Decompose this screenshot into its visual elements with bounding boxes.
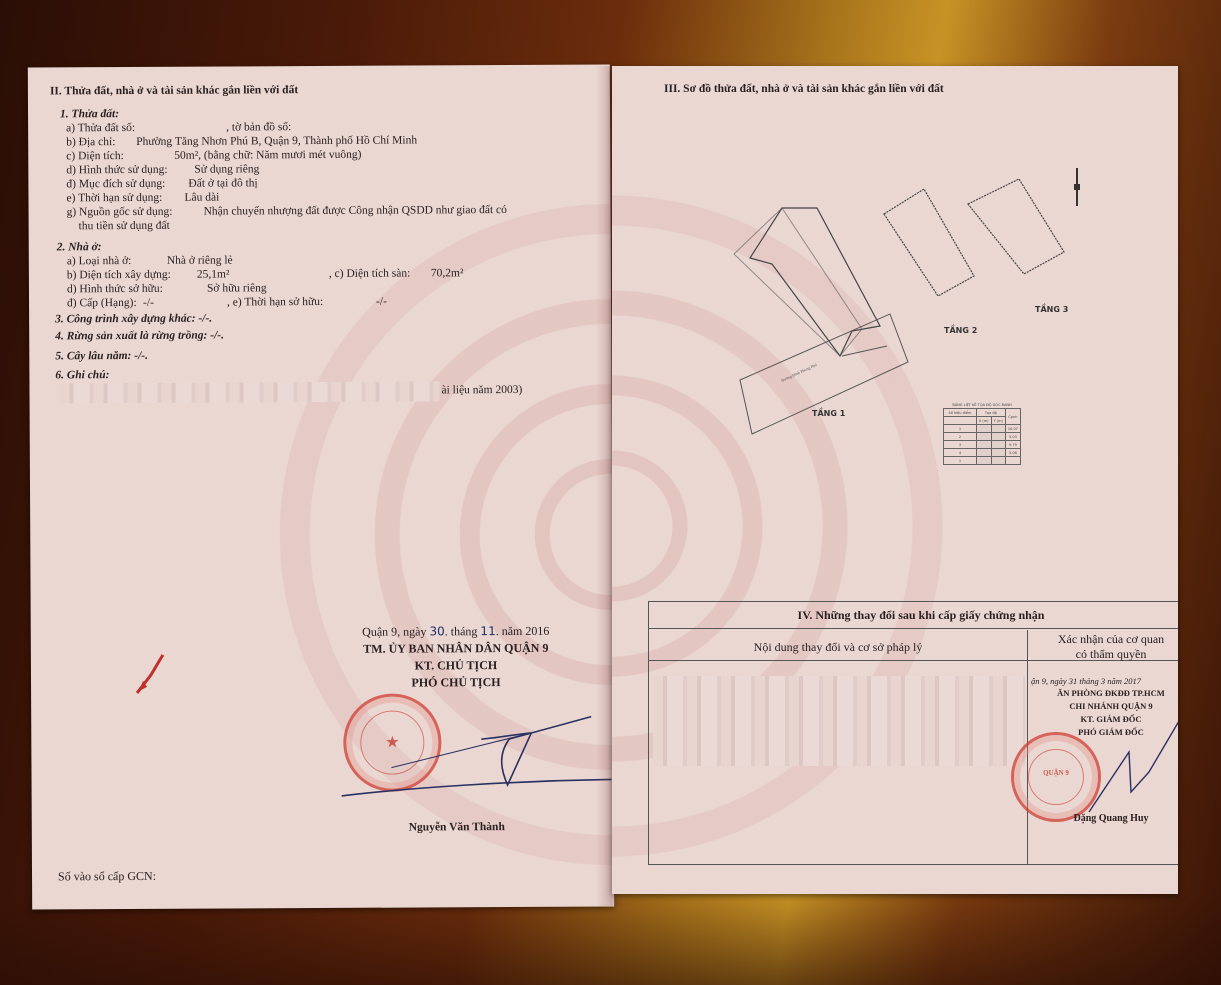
floor-2-label: TẦNG 2 bbox=[944, 326, 977, 335]
coord-table-row: 25.03 bbox=[944, 433, 1021, 441]
north-arrow-icon bbox=[1076, 168, 1078, 206]
changes-col-confirm-header-2: có thẩm quyền bbox=[1029, 647, 1178, 661]
handwritten-signature bbox=[331, 704, 614, 816]
gcn-register-label: Số vào sổ cấp GCN: bbox=[58, 869, 156, 884]
house-floor-area-label: , c) Diện tích sàn: bbox=[329, 267, 411, 282]
changes-col-content-header: Nội dung thay đổi và cơ sở pháp lý bbox=[649, 640, 1027, 654]
production-forest: 4. Rừng sản xuất là rừng trồng: -/-. bbox=[55, 329, 224, 344]
house-floor-area-value: 70,2m² bbox=[431, 266, 464, 280]
issuer-signature-block: Quận 9, ngày 30. tháng 11. năm 2016 TM. … bbox=[331, 623, 581, 692]
land-purpose-value: Đất ở tại đô thị bbox=[188, 176, 257, 191]
coord-header-edge: Cạnh bbox=[1005, 409, 1020, 425]
redacted-change-content bbox=[653, 676, 1025, 766]
land-area-label: c) Diện tích: bbox=[66, 149, 124, 164]
section-3-title: III. Sơ đồ thửa đất, nhà ở và tài sản kh… bbox=[664, 82, 944, 96]
issue-year: 2016 bbox=[525, 624, 549, 638]
floor-3-label: TẦNG 3 bbox=[1035, 305, 1068, 314]
other-construction: 3. Công trình xây dựng khác: -/-. bbox=[55, 312, 212, 327]
land-address-value: Phường Tăng Nhơn Phú B, Quận 9, Thành ph… bbox=[136, 133, 417, 149]
house-heading: 2. Nhà ở: bbox=[57, 240, 102, 255]
house-grade-label: đ) Cấp (Hạng): bbox=[67, 296, 137, 311]
certificate-right-page: III. Sơ đồ thửa đất, nhà ở và tài sản kh… bbox=[612, 66, 1178, 894]
land-heading: 1. Thửa đất: bbox=[60, 107, 119, 122]
notes-visible-text: ài liệu năm 2003) bbox=[441, 383, 522, 398]
certificate-left-page: II. Thửa đất, nhà ở và tài sản khác gắn … bbox=[28, 64, 614, 909]
branch-signature bbox=[1069, 702, 1178, 822]
issuer-role-1: KT. CHỦ TỊCH bbox=[331, 657, 581, 675]
perennial-trees: 5. Cây lâu năm: -/-. bbox=[55, 349, 148, 364]
land-origin-value-cont: thu tiền sử dụng đất bbox=[79, 219, 170, 234]
land-term-label: e) Thời hạn sử dụng: bbox=[66, 191, 162, 206]
coord-table-title: BẢNG LIỆT KÊ TỌA ĐỘ GÓC RANH bbox=[943, 403, 1021, 407]
boundary-coordinate-table: BẢNG LIỆT KÊ TỌA ĐỘ GÓC RANH Số hiệu điể… bbox=[943, 403, 1021, 465]
house-ownership-value: Sở hữu riêng bbox=[207, 281, 267, 296]
house-term-value: -/- bbox=[376, 295, 387, 309]
coord-table-row: 39.79 bbox=[944, 441, 1021, 449]
land-purpose-label: đ) Mục đích sử dụng: bbox=[66, 177, 165, 192]
coord-header-x: X (m) bbox=[976, 417, 991, 425]
house-type-label: a) Loại nhà ở: bbox=[67, 254, 132, 269]
coord-table-row: 45.08 bbox=[944, 449, 1021, 457]
floor-3-plan bbox=[964, 174, 1074, 294]
land-area-value: 50m², (bằng chữ: Năm mươi mét vuông) bbox=[174, 148, 361, 163]
land-term-value: Lâu dài bbox=[184, 191, 219, 205]
changes-after-issuance-table: IV. Những thay đổi sau khi cấp giấy chứn… bbox=[648, 601, 1178, 865]
confirm-signer-name: Đặng Quang Huy bbox=[1029, 812, 1178, 826]
land-use-form-value: Sử dụng riêng bbox=[194, 162, 259, 177]
house-type-value: Nhà ở riêng lẻ bbox=[167, 253, 233, 268]
coord-header-y: Y (m) bbox=[991, 417, 1005, 425]
house-build-area-value: 25,1m² bbox=[197, 267, 230, 281]
issue-date: Quận 9, ngày 30. tháng 11. năm 2016 bbox=[331, 623, 581, 641]
floor-1-label: TẦNG 1 bbox=[812, 409, 845, 418]
land-use-form-label: d) Hình thức sử dụng: bbox=[66, 163, 167, 178]
land-parcel-label: a) Thửa đất số: bbox=[66, 121, 135, 136]
issuer-role-2: PHÓ CHỦ TỊCH bbox=[331, 674, 581, 692]
coord-table-row: 1 bbox=[944, 457, 1021, 465]
land-address-label: b) Địa chỉ: bbox=[66, 135, 115, 150]
house-build-area-label: b) Diện tích xây dựng: bbox=[67, 268, 171, 283]
house-grade-value: -/- bbox=[143, 296, 154, 310]
changes-col-confirm-header-1: Xác nhận của cơ quan bbox=[1029, 632, 1178, 646]
coord-header-coords: Tọa độ bbox=[976, 409, 1005, 417]
issuer-signer-name: Nguyễn Văn Thành bbox=[332, 820, 582, 836]
land-map-sheet-label: , tờ bản đồ số: bbox=[226, 120, 291, 135]
land-origin-label: g) Nguồn gốc sử dụng: bbox=[67, 205, 173, 220]
coord-header-point: Số hiệu điểm bbox=[944, 409, 977, 417]
section-2-title: II. Thửa đất, nhà ở và tài sản khác gắn … bbox=[50, 83, 298, 99]
coord-table-row: 110.07 bbox=[944, 425, 1021, 433]
house-ownership-label: d) Hình thức sở hữu: bbox=[67, 282, 163, 297]
house-term-label: , e) Thời hạn sở hữu: bbox=[227, 295, 323, 310]
changes-title: IV. Những thay đổi sau khi cấp giấy chứn… bbox=[649, 602, 1178, 629]
issue-month: 11 bbox=[480, 624, 495, 638]
notes-heading: 6. Ghi chú: bbox=[55, 368, 109, 383]
redacted-notes bbox=[59, 381, 439, 403]
issue-day: 30 bbox=[429, 624, 444, 638]
issuer-org: TM. ỦY BAN NHÂN DÂN QUẬN 9 bbox=[331, 640, 581, 658]
svg-text:Đường Đình Phong Phú: Đường Đình Phong Phú bbox=[780, 362, 817, 383]
land-origin-value: Nhận chuyển nhượng đất được Công nhận QS… bbox=[204, 203, 507, 219]
red-pen-mark bbox=[129, 647, 169, 697]
